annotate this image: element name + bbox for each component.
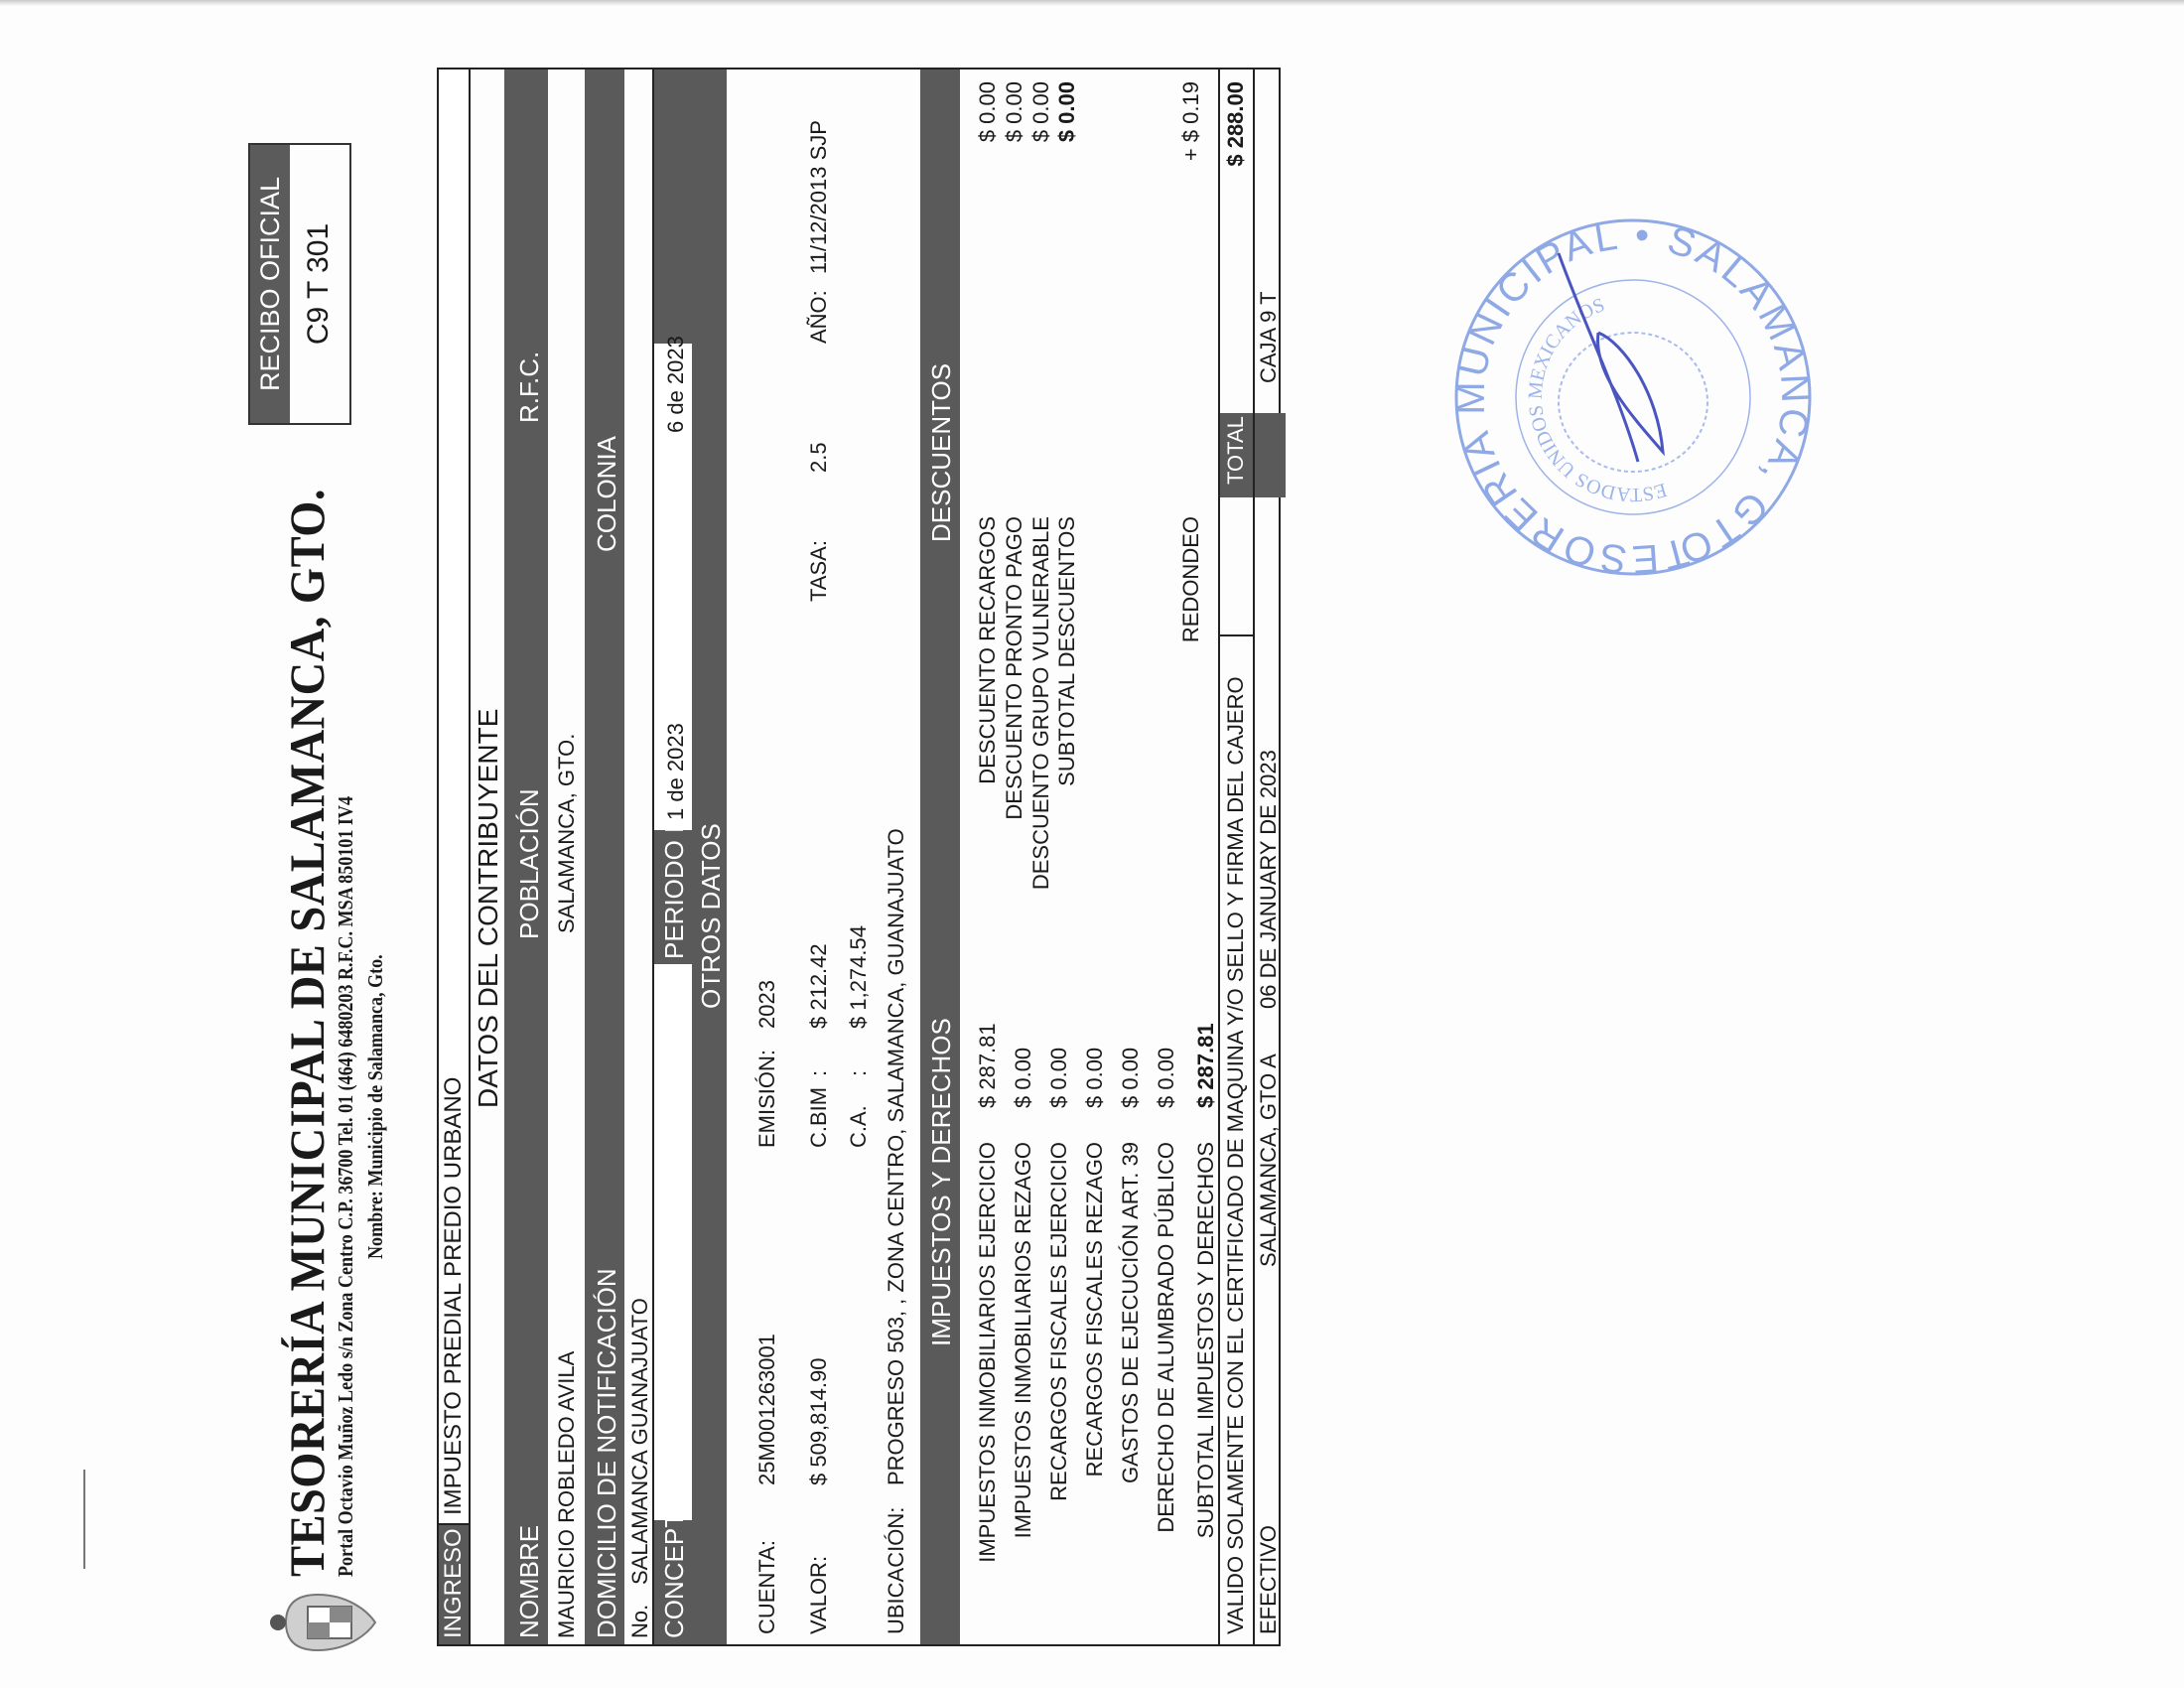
svg-text:TESORERIA MUNICIPAL • SALAMANC: TESORERIA MUNICIPAL • SALAMANCA, GTO • bbox=[1449, 213, 1817, 581]
concepto-label: CONCEPTO bbox=[659, 1492, 690, 1638]
cuenta-label: CUENTA: bbox=[754, 1540, 780, 1634]
domicilio-label: DOMICILIO DE NOTIFICACIÓN bbox=[592, 1268, 622, 1638]
total-value: $ 288.00 bbox=[1223, 81, 1249, 167]
descuento-item-amount: $ 0.00 bbox=[1002, 81, 1027, 142]
rfc-label: R.F.C. bbox=[514, 352, 545, 423]
cbim-value: $ 212.42 bbox=[806, 943, 832, 1029]
tasa-value: 2.5 bbox=[806, 442, 832, 473]
treasury-name-line: Nombre: Municipio de Salamanca, Gto. bbox=[363, 954, 388, 1259]
cbim-label: C.BIM bbox=[806, 1087, 832, 1148]
impuesto-item-label: IMPUESTOS INMOBILIARIOS REZAGO bbox=[1011, 1142, 1036, 1538]
treasury-address: Portal Octavio Muñoz Ledo s/n Zona Centr… bbox=[334, 796, 358, 1577]
nombre-value: MAURICIO ROBLEDO AVILA bbox=[554, 1351, 580, 1638]
impuestos-subtotal-label: SUBTOTAL IMPUESTOS Y DERECHOS bbox=[1193, 1142, 1219, 1538]
valor-value: $ 509,814.90 bbox=[806, 1358, 832, 1485]
impuestos-title: IMPUESTOS Y DERECHOS bbox=[926, 1018, 957, 1346]
recibo-title: RECIBO OFICIAL bbox=[250, 145, 290, 423]
scan-mark bbox=[83, 1470, 85, 1569]
impuesto-item-amount: $ 0.00 bbox=[1011, 1048, 1036, 1108]
descuento-item-label: DESCUENTO RECARGOS bbox=[975, 516, 1001, 784]
no-label: No. bbox=[627, 1605, 653, 1638]
impuesto-item-label: GASTOS DE EJECUCIÓN ART. 39 bbox=[1118, 1142, 1144, 1483]
impuesto-item-amount: $ 0.00 bbox=[1118, 1048, 1144, 1108]
treasury-title: TESORERÍA MUNICIPAL DE SALAMANCA, GTO. bbox=[278, 489, 336, 1577]
impuesto-item-label: RECARGOS FISCALES REZAGO bbox=[1082, 1142, 1108, 1477]
contribuyente-title: DATOS DEL CONTRIBUYENTE bbox=[473, 709, 504, 1108]
ca-value: $ 1,274.54 bbox=[846, 925, 872, 1029]
receipt-form: INGRESO POR IMPUESTO PREDIAL PREDIO URBA… bbox=[437, 68, 1281, 1646]
lugar: SALAMANCA, GTO A bbox=[1256, 1054, 1282, 1267]
descuento-item-label: DESCUENTO PRONTO PAGO bbox=[1002, 516, 1027, 820]
descuento-item-label: DESCUENTO GRUPO VULNERABLE bbox=[1028, 516, 1054, 890]
anio-value: 11/12/2013 SJP bbox=[806, 120, 832, 274]
receipt: TESORERÍA MUNICIPAL DE SALAMANCA, GTO. P… bbox=[268, 68, 1559, 1656]
descuento-item-amount: $ 0.00 bbox=[1028, 81, 1054, 142]
poblacion-value: SALAMANCA, GTO. bbox=[554, 734, 580, 933]
ca-label: C.A. bbox=[846, 1105, 872, 1148]
descuento-item-amount: $ 0.00 bbox=[975, 81, 1001, 142]
valido-note: VALIDO SOLAMENTE CON EL CERTIFICADO DE M… bbox=[1223, 676, 1249, 1634]
colonia-label: COLONIA bbox=[592, 436, 622, 552]
descuentos-title: DESCUENTOS bbox=[926, 363, 957, 542]
caja: CAJA 9 T bbox=[1256, 291, 1282, 383]
cuenta-value: 25M001263001 bbox=[754, 1334, 780, 1485]
impuesto-item-label: DERECHO DE ALUMBRADO PÚBLICO bbox=[1154, 1142, 1179, 1533]
impuesto-item-amount: $ 287.81 bbox=[975, 1023, 1001, 1108]
impuesto-item-amount: $ 0.00 bbox=[1082, 1048, 1108, 1108]
redondeo-value: + $ 0.19 bbox=[1178, 81, 1204, 161]
recibo-number: C9 T 301 bbox=[290, 145, 347, 423]
fecha: 06 DE JANUARY DE 2023 bbox=[1256, 750, 1282, 1009]
tasa-label: TASA: bbox=[806, 540, 832, 602]
impuesto-item-label: RECARGOS FISCALES EJERCICIO bbox=[1046, 1142, 1072, 1501]
poblacion-label: POBLACIÓN bbox=[514, 788, 545, 939]
forma-pago: EFECTIVO bbox=[1256, 1525, 1282, 1634]
impuesto-item-amount: $ 0.00 bbox=[1154, 1048, 1179, 1108]
descuentos-subtotal-label: SUBTOTAL DESCUENTOS bbox=[1054, 516, 1080, 786]
redondeo-label: REDONDEO bbox=[1178, 516, 1204, 642]
anio-label: AÑO: bbox=[806, 290, 832, 344]
ubicacion-label: UBICACIÓN: bbox=[884, 1507, 909, 1634]
periodo-hasta: 6 de 2023 bbox=[663, 336, 689, 433]
otros-datos-title: OTROS DATOS bbox=[696, 823, 727, 1009]
ubicacion-value: PROGRESO 503, , ZONA CENTRO, SALAMANCA, … bbox=[884, 828, 909, 1485]
municipal-coat-of-arms-icon bbox=[268, 1583, 387, 1662]
nombre-label: NOMBRE bbox=[514, 1525, 545, 1638]
impuestos-subtotal-value: $ 287.81 bbox=[1193, 1023, 1219, 1108]
descuentos-subtotal-value: $ 0.00 bbox=[1054, 81, 1080, 142]
domicilio-value: SALAMANCA GUANAJUATO bbox=[627, 1298, 653, 1585]
impuesto-item-label: IMPUESTOS INMOBILIARIOS EJERCICIO bbox=[975, 1142, 1001, 1563]
valor-label: VALOR: bbox=[806, 1556, 832, 1634]
total-label: TOTAL bbox=[1223, 416, 1249, 485]
ingreso-value: IMPUESTO PREDIAL PREDIO URBANO bbox=[440, 1077, 468, 1515]
recibo-oficial-box: RECIBO OFICIAL C9 T 301 bbox=[248, 143, 351, 425]
emision-value: 2023 bbox=[754, 980, 780, 1029]
impuesto-item-amount: $ 0.00 bbox=[1046, 1048, 1072, 1108]
emision-label: EMISIÓN: bbox=[754, 1050, 780, 1148]
treasury-seal-stamp-icon: TESORERIA MUNICIPAL • SALAMANCA, GTO • E… bbox=[1449, 213, 1817, 581]
scan-edge bbox=[0, 0, 2184, 6]
periodo-desde: 1 de 2023 bbox=[663, 723, 689, 820]
